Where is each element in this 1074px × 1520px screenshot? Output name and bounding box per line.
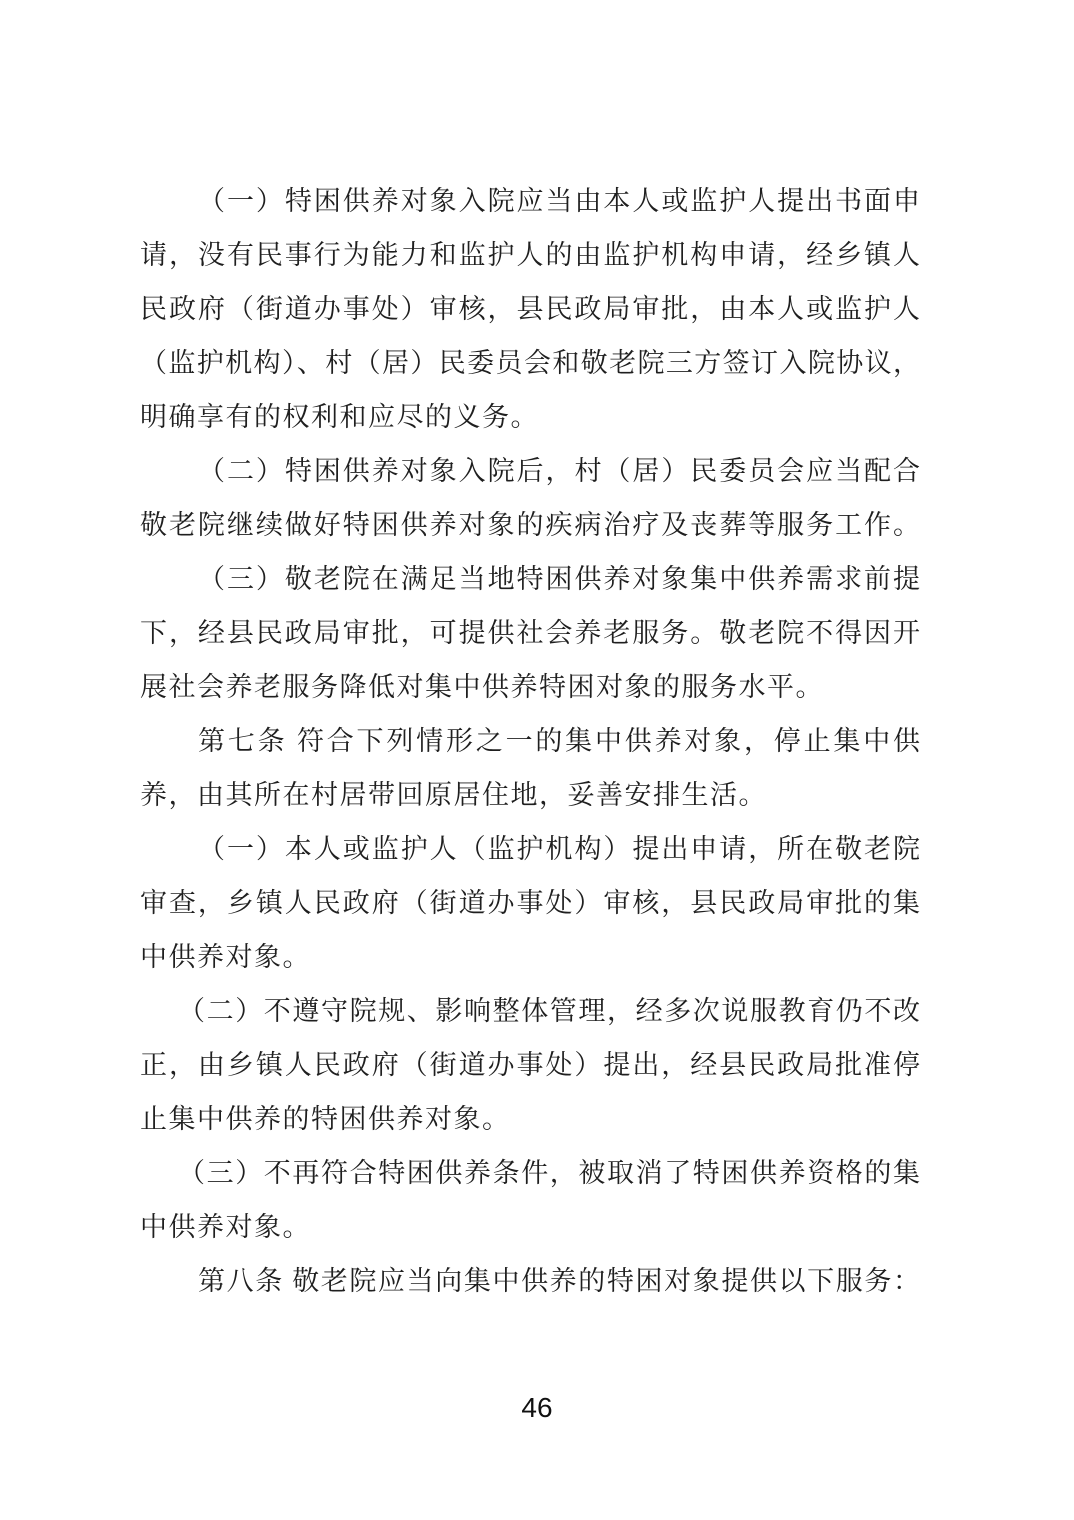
page-number: 46 (0, 1392, 1074, 1424)
text-line: （三）不再符合特困供养条件，被取消了特困供养资格的集 (140, 1146, 920, 1200)
text-line: （二）不遵守院规、影响整体管理，经多次说服教育仍不改 (140, 984, 920, 1038)
text-line: 止集中供养的特困供养对象。 (140, 1092, 920, 1146)
document-page: （一）特困供养对象入院应当由本人或监护人提出书面申请，没有民事行为能力和监护人的… (0, 0, 1074, 1520)
text-line: （一）本人或监护人（监护机构）提出申请，所在敬老院 (140, 822, 920, 876)
text-line: 下，经县民政局审批，可提供社会养老服务。敬老院不得因开 (140, 606, 920, 660)
text-line: 敬老院继续做好特困供养对象的疾病治疗及丧葬等服务工作。 (140, 498, 920, 552)
text-line: （三）敬老院在满足当地特困供养对象集中供养需求前提 (140, 552, 920, 606)
text-line: （二）特困供养对象入院后，村（居）民委员会应当配合 (140, 444, 920, 498)
text-line: （监护机构）、村（居）民委员会和敬老院三方签订入院协议， (140, 336, 920, 390)
text-line: 第七条 符合下列情形之一的集中供养对象，停止集中供 (140, 714, 920, 768)
text-line: 养，由其所在村居带回原居住地，妥善安排生活。 (140, 768, 920, 822)
text-line: （一）特困供养对象入院应当由本人或监护人提出书面申 (140, 174, 920, 228)
text-line: 民政府（街道办事处）审核，县民政局审批，由本人或监护人 (140, 282, 920, 336)
text-line: 请，没有民事行为能力和监护人的由监护机构申请，经乡镇人 (140, 228, 920, 282)
document-text-block: （一）特困供养对象入院应当由本人或监护人提出书面申请，没有民事行为能力和监护人的… (140, 174, 920, 1308)
text-line: 明确享有的权利和应尽的义务。 (140, 390, 920, 444)
text-line: 中供养对象。 (140, 1200, 920, 1254)
text-line: 正，由乡镇人民政府（街道办事处）提出，经县民政局批准停 (140, 1038, 920, 1092)
text-line: 展社会养老服务降低对集中供养特困对象的服务水平。 (140, 660, 920, 714)
text-line: 第八条 敬老院应当向集中供养的特困对象提供以下服务： (140, 1254, 920, 1308)
text-line: 中供养对象。 (140, 930, 920, 984)
text-line: 审查，乡镇人民政府（街道办事处）审核，县民政局审批的集 (140, 876, 920, 930)
